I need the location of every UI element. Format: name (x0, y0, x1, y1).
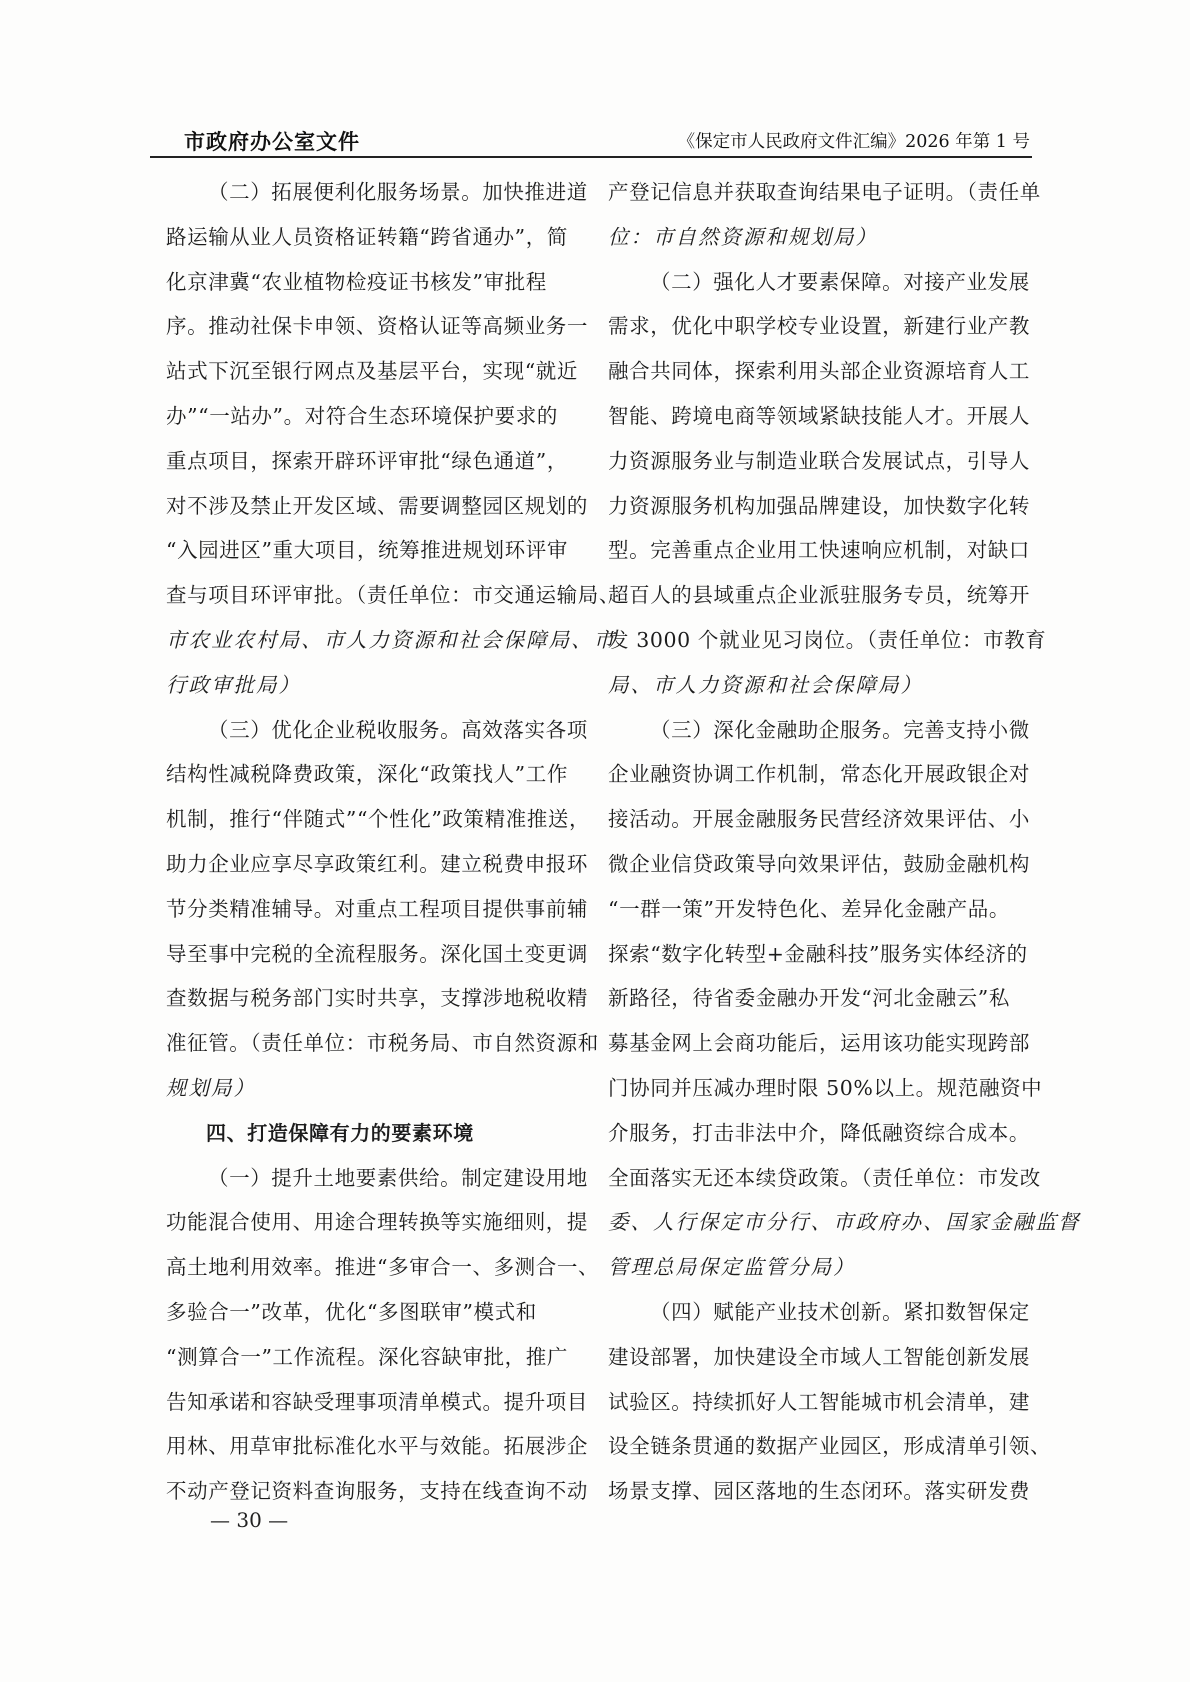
text-line: 准征管。（责任单位：市税务局、市自然资源和 (166, 1021, 586, 1066)
text-line: 场景支撑、园区落地的生态闭环。落实研发费 (608, 1469, 1028, 1514)
text-line: “一群一策”开发特色化、差异化金融产品。 (608, 887, 1028, 932)
text-line: 设全链条贯通的数据产业园区，形成清单引领、 (608, 1424, 1028, 1469)
text-line: 试验区。持续抓好人工智能城市机会清单，建 (608, 1380, 1028, 1425)
text-line: 力资源服务机构加强品牌建设，加快数字化转 (608, 484, 1028, 529)
text-line: 规划局） (166, 1066, 586, 1111)
text-line: 智能、跨境电商等领域紧缺技能人才。开展人 (608, 394, 1028, 439)
right-text-column: 产登记信息并获取查询结果电子证明。（责任单位：市自然资源和规划局）（二）强化人才… (608, 170, 1028, 1514)
text-line: 新路径，待省委金融办开发“河北金融云”私 (608, 976, 1028, 1021)
text-line: 建设部署，加快建设全市域人工智能创新发展 (608, 1335, 1028, 1380)
text-line: 机制，推行“伴随式”“个性化”政策精准推送， (166, 797, 586, 842)
text-line: 用林、用草审批标准化水平与效能。拓展涉企 (166, 1424, 586, 1469)
text-line: 功能混合使用、用途合理转换等实施细则，提 (166, 1200, 586, 1245)
text-line: 力资源服务业与制造业联合发展试点，引导人 (608, 439, 1028, 484)
text-line: 微企业信贷政策导向效果评估，鼓励金融机构 (608, 842, 1028, 887)
text-line: “入园进区”重大项目，统筹推进规划环评审 (166, 528, 586, 573)
section-heading: 四、打造保障有力的要素环境 (166, 1111, 586, 1156)
text-line: 办”“一站办”。对符合生态环境保护要求的 (166, 394, 586, 439)
text-line: （一）提升土地要素供给。制定建设用地 (166, 1156, 586, 1201)
text-line: （四）赋能产业技术创新。紧扣数智保定 (608, 1290, 1028, 1335)
header-office-title: 市政府办公室文件 (184, 126, 360, 156)
text-line: （三）深化金融助企服务。完善支持小微 (608, 708, 1028, 753)
text-line: （三）优化企业税收服务。高效落实各项 (166, 708, 586, 753)
text-line: 门协同并压减办理时限 50%以上。规范融资中 (608, 1066, 1028, 1111)
text-line: 告知承诺和容缺受理事项清单模式。提升项目 (166, 1380, 586, 1425)
text-line: 高土地利用效率。推进“多审合一、多测合一、 (166, 1245, 586, 1290)
text-line: “测算合一”工作流程。深化容缺审批，推广 (166, 1335, 586, 1380)
text-line: 募基金网上会商功能后，运用该功能实现跨部 (608, 1021, 1028, 1066)
text-line: 站式下沉至银行网点及基层平台，实现“就近 (166, 349, 586, 394)
text-line: 需求，优化中职学校专业设置，新建行业产教 (608, 304, 1028, 349)
text-line: 导至事中完税的全流程服务。深化国土变更调 (166, 932, 586, 977)
text-line: 介服务，打击非法中介，降低融资综合成本。 (608, 1111, 1028, 1156)
text-line: 查数据与税务部门实时共享，支撑涉地税收精 (166, 976, 586, 1021)
text-line: （二）拓展便利化服务场景。加快推进道 (166, 170, 586, 215)
text-line: 助力企业应享尽享政策红利。建立税费申报环 (166, 842, 586, 887)
text-line: 路运输从业人员资格证转籍“跨省通办”，简 (166, 215, 586, 260)
text-line: 结构性减税降费政策，深化“政策找人”工作 (166, 752, 586, 797)
text-line: （二）强化人才要素保障。对接产业发展 (608, 260, 1028, 305)
page-header: 市政府办公室文件 《保定市人民政府文件汇编》2026 年第 1 号 (150, 118, 1030, 158)
header-publication-title: 《保定市人民政府文件汇编》2026 年第 1 号 (678, 128, 1030, 153)
text-line: 多验合一”改革，优化“多图联审”模式和 (166, 1290, 586, 1335)
text-line: 探索“数字化转型+金融科技”服务实体经济的 (608, 932, 1028, 977)
text-line: 发 3000 个就业见习岗位。（责任单位：市教育 (608, 618, 1028, 663)
page-number: — 30 — (210, 1508, 288, 1532)
text-line: 行政审批局） (166, 663, 586, 708)
text-line: 超百人的县域重点企业派驻服务专员，统筹开 (608, 573, 1028, 618)
text-line: 管理总局保定监管分局） (608, 1245, 1028, 1290)
text-line: 序。推动社保卡申领、资格认证等高频业务一 (166, 304, 586, 349)
text-line: 产登记信息并获取查询结果电子证明。（责任单 (608, 170, 1028, 215)
text-line: 局、市人力资源和社会保障局） (608, 663, 1028, 708)
text-line: 委、人行保定市分行、市政府办、国家金融监督 (608, 1200, 1028, 1245)
text-line: 对不涉及禁止开发区域、需要调整园区规划的 (166, 484, 586, 529)
text-line: 位：市自然资源和规划局） (608, 215, 1028, 260)
text-line: 重点项目，探索开辟环评审批“绿色通道”， (166, 439, 586, 484)
text-line: 全面落实无还本续贷政策。（责任单位：市发改 (608, 1156, 1028, 1201)
document-page: 市政府办公室文件 《保定市人民政府文件汇编》2026 年第 1 号 （二）拓展便… (0, 0, 1190, 1682)
text-line: 企业融资协调工作机制，常态化开展政银企对 (608, 752, 1028, 797)
text-line: 化京津冀“农业植物检疫证书核发”审批程 (166, 260, 586, 305)
text-line: 市农业农村局、市人力资源和社会保障局、市 (166, 618, 586, 663)
text-line: 型。完善重点企业用工快速响应机制，对缺口 (608, 528, 1028, 573)
text-line: 节分类精准辅导。对重点工程项目提供事前辅 (166, 887, 586, 932)
left-text-column: （二）拓展便利化服务场景。加快推进道路运输从业人员资格证转籍“跨省通办”，简化京… (166, 170, 586, 1514)
header-divider (150, 156, 1032, 158)
text-line: 融合共同体，探索利用头部企业资源培育人工 (608, 349, 1028, 394)
text-line: 查与项目环评审批。（责任单位：市交通运输局、 (166, 573, 586, 618)
text-line: 接活动。开展金融服务民营经济效果评估、小 (608, 797, 1028, 842)
